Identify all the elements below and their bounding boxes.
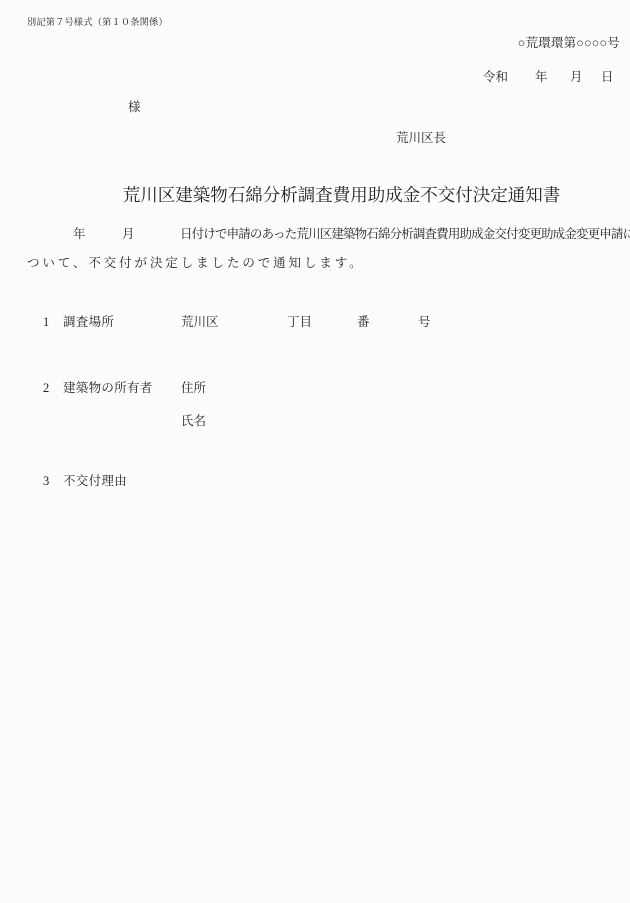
addressee-honorific: 様 [128,101,141,114]
application-month-blank-label: 月 [122,228,135,241]
item1-go-label: 号 [418,316,431,329]
item1-ward-label: 荒川区 [181,316,219,329]
item2-label-building-owner: 建築物の所有者 [63,382,153,395]
form-number-note: 別記第７号様式（第１０条関係） [27,18,168,27]
body-text-line2: ついて、不交付が決定しましたので通知します。 [27,257,365,270]
item2-address-label: 住所 [181,382,206,395]
item1-ban-label: 番 [357,316,370,329]
document-number: ○荒環環第○○○○号 [518,37,620,50]
date-year-label: 年 [535,71,548,84]
item3-label-nongrant-reason: 不交付理由 [63,475,127,488]
document-title: 荒川区建築物石綿分析調査費用助成金不交付決定通知書 [0,187,630,205]
item2-name-label: 氏名 [181,415,206,428]
body-text-line1: 日付けで申請のあった荒川区建築物石綿分析調査費用助成金交付変更助成金変更申請に [180,228,630,241]
item3-number: 3 [43,475,49,488]
item2-number: 2 [43,382,49,395]
sender-title: 荒川区長 [396,132,446,145]
date-era-label: 令和 [483,71,508,84]
date-day-label: 日 [601,71,614,84]
item1-label-survey-location: 調査場所 [63,316,114,329]
notification-document-page: 別記第７号様式（第１０条関係） ○荒環環第○○○○号 令和 年 月 日 様 荒川… [0,0,630,903]
item1-number: 1 [43,316,49,329]
item1-chome-label: 丁目 [287,316,312,329]
date-month-label: 月 [570,71,583,84]
application-year-blank-label: 年 [73,228,86,241]
